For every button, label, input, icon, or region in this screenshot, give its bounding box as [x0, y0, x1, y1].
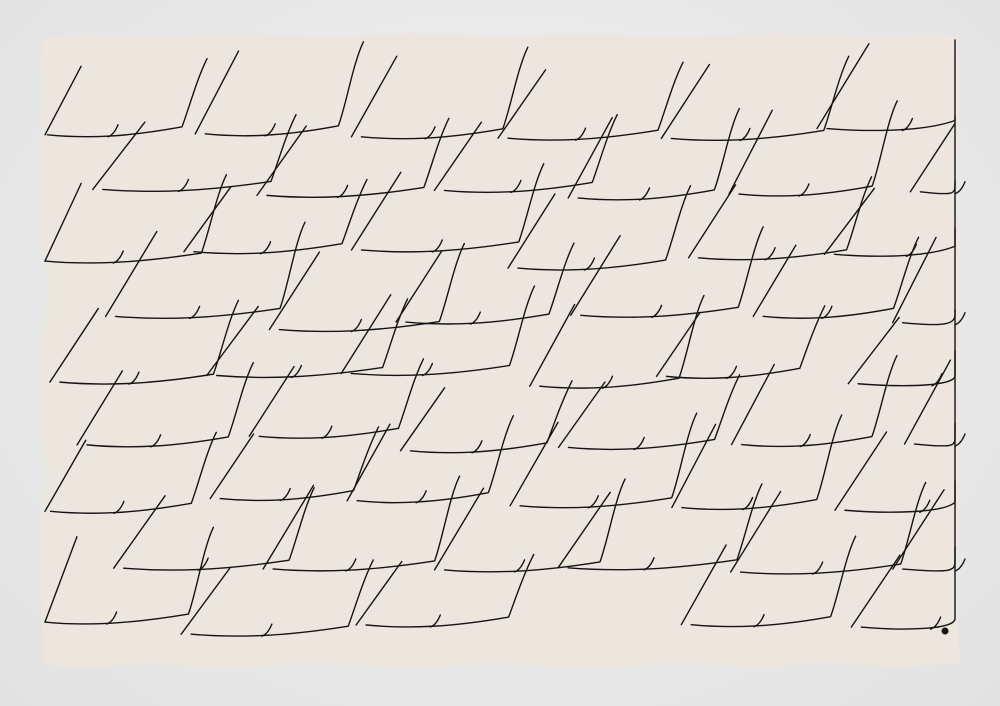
ink-stroke	[682, 415, 842, 509]
ink-dot	[942, 628, 949, 635]
ink-stroke	[508, 194, 555, 268]
ink-stroke	[406, 243, 574, 324]
ink-stroke	[269, 252, 319, 329]
ink-stroke	[905, 360, 951, 444]
ink-stroke	[848, 317, 899, 383]
ink-stroke	[45, 183, 81, 261]
ink-stroke	[400, 388, 444, 451]
ink-stroke	[45, 440, 86, 511]
ink-stroke	[817, 44, 869, 129]
ink-stroke	[955, 434, 965, 446]
ink-stroke	[520, 413, 697, 508]
ink-stroke	[50, 309, 98, 383]
ink-stroke	[257, 126, 306, 195]
ink-stroke	[742, 356, 897, 447]
ink-stroke	[689, 185, 736, 258]
ink-stroke	[835, 432, 887, 510]
ink-stroke	[858, 310, 955, 386]
ink-stroke	[410, 381, 572, 453]
ink-stroke	[739, 101, 897, 196]
ink-stroke	[351, 56, 396, 137]
ink-stroke	[124, 488, 314, 570]
ink-stroke	[351, 286, 534, 375]
ink-stroke	[184, 187, 231, 252]
ink-stroke	[445, 479, 625, 572]
ink-stroke	[93, 122, 145, 189]
ink-stroke	[45, 527, 213, 624]
ink-stroke	[210, 434, 253, 499]
ink-stroke	[656, 313, 699, 376]
ink-stroke	[671, 56, 848, 140]
ink-stroke	[116, 222, 305, 318]
ink-stroke	[666, 306, 824, 378]
ink-stroke	[955, 313, 965, 325]
ink-stroke	[568, 484, 762, 570]
ink-stroke	[347, 424, 390, 501]
ink-stroke	[903, 228, 955, 325]
ink-stroke	[279, 244, 464, 332]
ink-stroke	[834, 181, 955, 256]
ink-stroke	[267, 118, 449, 197]
ink-stroke	[910, 123, 955, 191]
ink-stroke	[444, 115, 617, 193]
ink-stroke	[45, 537, 77, 622]
ink-stroke	[47, 59, 207, 137]
ink-stroke	[699, 177, 872, 260]
ink-stroke	[518, 186, 691, 270]
ink-stroke	[434, 122, 481, 190]
ink-stroke	[568, 375, 739, 450]
ink-stroke	[731, 491, 781, 572]
ink-stroke	[45, 175, 226, 263]
ink-stroke	[356, 562, 402, 625]
ink-stroke	[851, 555, 899, 627]
ink-stroke	[763, 237, 918, 318]
ink-stroke	[435, 488, 484, 570]
ink-stroke	[341, 295, 391, 374]
ink-stroke	[263, 485, 313, 569]
ink-stroke	[77, 371, 122, 445]
ink-stroke	[568, 118, 612, 198]
ink-stroke	[661, 64, 709, 138]
ink-stroke	[955, 182, 965, 194]
ink-stroke	[51, 432, 217, 513]
ink-stroke	[207, 307, 258, 376]
ink-stroke	[259, 359, 423, 438]
ink-drawing	[0, 0, 1000, 706]
ink-stroke	[181, 567, 230, 634]
ink-stroke	[753, 245, 796, 316]
ink-stroke	[903, 481, 955, 571]
ink-stroke	[366, 554, 534, 626]
ink-stroke	[60, 300, 238, 384]
ink-stroke	[691, 536, 855, 626]
ink-stroke	[498, 70, 545, 138]
ink-stroke	[893, 237, 936, 322]
ink-stroke	[357, 416, 513, 503]
ink-stroke	[87, 363, 253, 447]
ink-stroke	[508, 62, 683, 140]
ink-stroke	[195, 51, 238, 134]
ink-stroke	[915, 351, 955, 446]
ink-stroke	[510, 422, 558, 505]
ink-stroke	[351, 172, 400, 250]
ink-stroke	[729, 110, 772, 194]
ink-stroke	[45, 66, 81, 134]
ink-stroke	[361, 47, 527, 138]
ink-stroke	[571, 236, 620, 316]
ink-stroke	[681, 545, 726, 625]
ink-stroke	[672, 424, 716, 507]
ink-stroke	[205, 42, 363, 136]
ink-stroke	[361, 164, 543, 252]
ink-stroke	[217, 299, 408, 378]
ink-stroke	[106, 232, 157, 317]
ink-stroke	[824, 188, 874, 254]
ink-stroke	[955, 559, 965, 571]
ink-stroke	[558, 382, 605, 447]
